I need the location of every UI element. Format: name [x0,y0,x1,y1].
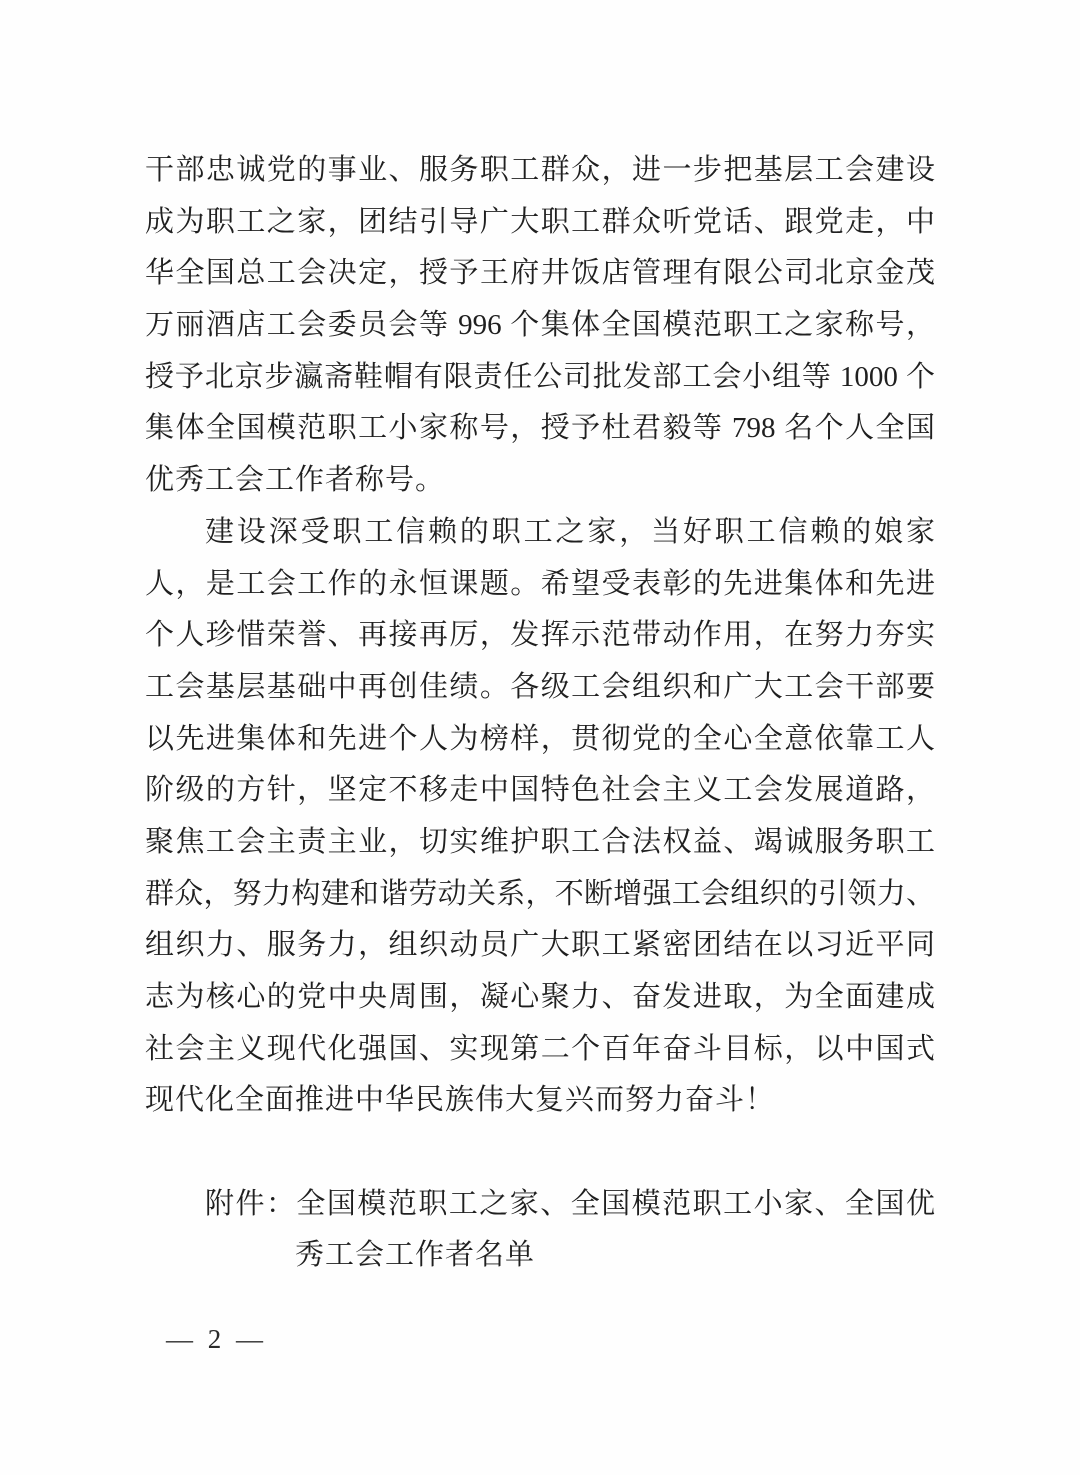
body-line: 聚焦工会主责主业，切实维护职工合法权益、竭诚服务职工 [145,817,935,869]
body-line: 成为职工之家，团结引导广大职工群众听党话、跟党走，中 [145,197,935,249]
body-line-paragraph-start: 建设深受职工信赖的职工之家，当好职工信赖的娘家 [145,507,935,559]
attachment-line: 附件：全国模范职工之家、全国模范职工小家、全国优 [145,1179,935,1231]
document-page: 干部忠诚党的事业、服务职工群众，进一步把基层工会建设 成为职工之家，团结引导广大… [0,0,1080,1475]
body-line: 组织力、服务力，组织动员广大职工紧密团结在以习近平同 [145,920,935,972]
attachment-block: 附件：全国模范职工之家、全国模范职工小家、全国优 秀工会工作者名单 [145,1179,935,1282]
body-line: 阶级的方针，坚定不移走中国特色社会主义工会发展道路， [145,765,935,817]
body-line: 干部忠诚党的事业、服务职工群众，进一步把基层工会建设 [145,145,935,197]
body-line: 华全国总工会决定，授予王府井饭店管理有限公司北京金茂 [145,248,935,300]
body-line: 集体全国模范职工小家称号，授予杜君毅等 798 名个人全国 [145,403,935,455]
page-number: — 2 — [166,1326,267,1353]
body-line: 群众，努力构建和谐劳动关系，不断增强工会组织的引领力、 [145,869,935,921]
body-line: 社会主义现代化强国、实现第二个百年奋斗目标，以中国式 [145,1024,935,1076]
body-line: 人，是工会工作的永恒课题。希望受表彰的先进集体和先进 [145,559,935,611]
body-line: 个人珍惜荣誉、再接再厉，发挥示范带动作用，在努力夯实 [145,610,935,662]
body-line: 万丽酒店工会委员会等 996 个集体全国模范职工之家称号， [145,300,935,352]
body-line-paragraph-end: 现代化全面推进中华民族伟大复兴而努力奋斗！ [145,1075,935,1127]
body-line: 志为核心的党中央周围，凝心聚力、奋发进取，为全面建成 [145,972,935,1024]
body-line: 工会基层基础中再创佳绩。各级工会组织和广大工会干部要 [145,662,935,714]
body-line-paragraph-end: 优秀工会工作者称号。 [145,455,935,507]
document-body: 干部忠诚党的事业、服务职工群众，进一步把基层工会建设 成为职工之家，团结引导广大… [145,145,935,1282]
body-line: 以先进集体和先进个人为榜样，贯彻党的全心全意依靠工人 [145,714,935,766]
attachment-line-continuation: 秀工会工作者名单 [295,1230,935,1282]
body-line: 授予北京步瀛斋鞋帽有限责任公司批发部工会小组等 1000 个 [145,352,935,404]
